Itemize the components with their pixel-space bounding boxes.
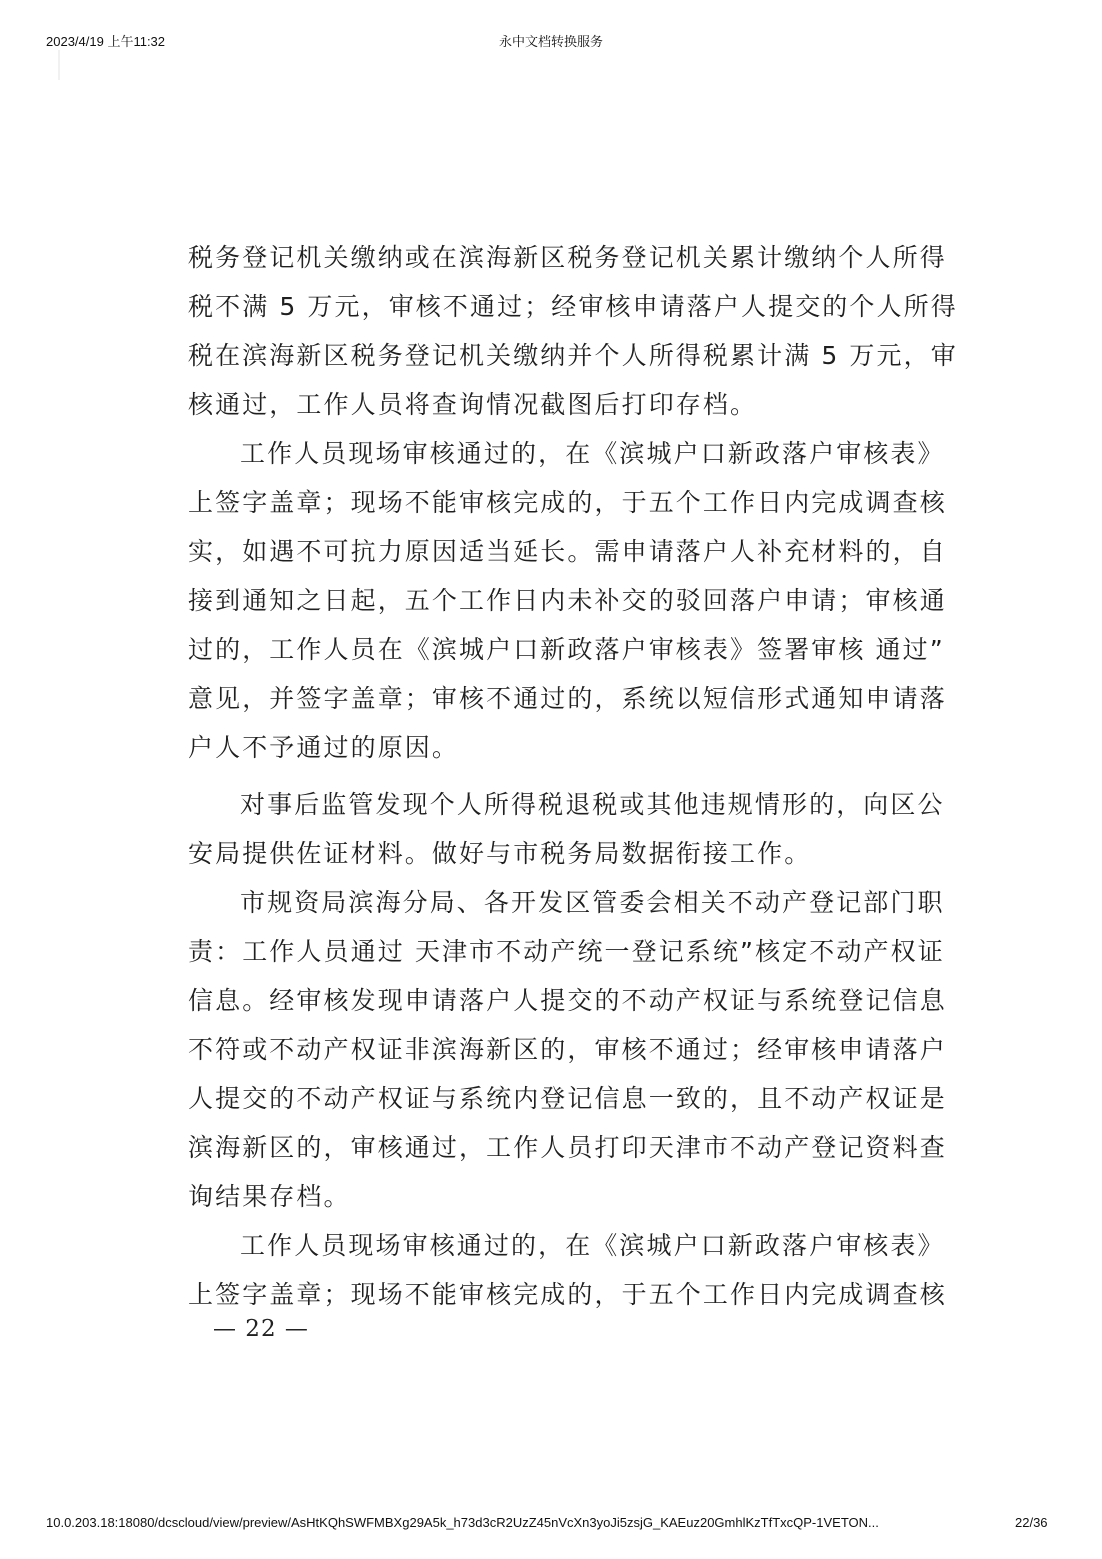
text-line: 滨海新区的，审核通过，工作人员打印天津市不动产登记资料查 xyxy=(188,1128,928,1177)
print-header: 2023/4/19 上午11:32 永中文档转换服务 xyxy=(0,0,1102,80)
paragraph-start-line: 工作人员现场审核通过的，在《滨城户口新政落户审核表》 xyxy=(188,434,928,483)
paragraph-start-line: 工作人员现场审核通过的，在《滨城户口新政落户审核表》 xyxy=(188,1226,928,1275)
page-indicator: 22/36 xyxy=(1015,1515,1048,1530)
text-line: 户人不予通过的原因。 xyxy=(188,728,928,777)
print-title: 永中文档转换服务 xyxy=(0,31,1102,50)
text-line: 税在滨海新区税务登记机关缴纳并个人所得税累计满 5 万元，审 xyxy=(188,336,928,385)
print-footer: 10.0.203.18:18080/dcscloud/view/preview/… xyxy=(0,1515,1102,1545)
text-line: 人提交的不动产权证与系统内登记信息一致的，且不动产权证是 xyxy=(188,1079,928,1128)
text-line: 税不满 5 万元，审核不通过；经审核申请落户人提交的个人所得 xyxy=(188,287,928,336)
text-line: 过的，工作人员在《滨城户口新政落户审核表》签署审核 通过” xyxy=(188,630,928,679)
text-line: 税务登记机关缴纳或在滨海新区税务登记机关累计缴纳个人所得 xyxy=(188,238,928,287)
document-body: 税务登记机关缴纳或在滨海新区税务登记机关累计缴纳个人所得 税不满 5 万元，审核… xyxy=(188,238,928,1324)
text-line: 核通过，工作人员将查询情况截图后打印存档。 xyxy=(188,385,928,434)
text-line: 实，如遇不可抗力原因适当延长。需申请落户人补充材料的，自 xyxy=(188,532,928,581)
paragraph-start-line: 市规资局滨海分局、各开发区管委会相关不动产登记部门职 xyxy=(188,883,928,932)
text-line: 询结果存档。 xyxy=(188,1177,928,1226)
gutter-mark xyxy=(58,50,60,80)
print-url: 10.0.203.18:18080/dcscloud/view/preview/… xyxy=(46,1515,879,1530)
text-line: 意见，并签字盖章；审核不通过的，系统以短信形式通知申请落 xyxy=(188,679,928,728)
page-number: — 22 — xyxy=(213,1316,309,1342)
paragraph-start-line: 对事后监管发现个人所得税退税或其他违规情形的，向区公 xyxy=(188,785,928,834)
text-line: 安局提供佐证材料。做好与市税务局数据衔接工作。 xyxy=(188,834,928,883)
text-line: 信息。经审核发现申请落户人提交的不动产权证与系统登记信息 xyxy=(188,981,928,1030)
text-line: 接到通知之日起，五个工作日内未补交的驳回落户申请；审核通 xyxy=(188,581,928,630)
text-line: 责：工作人员通过 天津市不动产统一登记系统”核定不动产权证 xyxy=(188,932,928,981)
text-line: 上签字盖章；现场不能审核完成的，于五个工作日内完成调查核 xyxy=(188,483,928,532)
text-line: 不符或不动产权证非滨海新区的，审核不通过；经审核申请落户 xyxy=(188,1030,928,1079)
